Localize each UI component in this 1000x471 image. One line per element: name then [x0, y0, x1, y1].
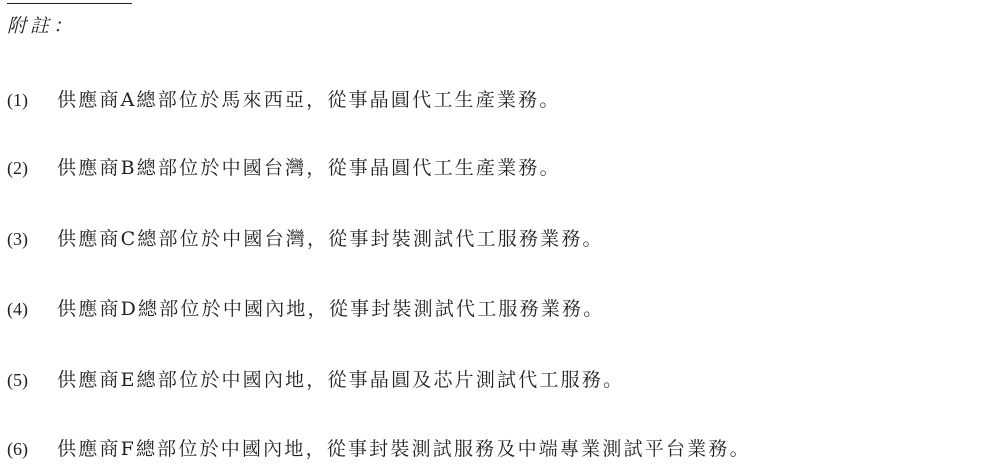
footnotes-heading: 附註： [7, 14, 76, 38]
footnote-text: 供應商D總部位於中國內地，從事封裝測試代工服務業務。 [57, 296, 604, 322]
footnote-number: (1) [7, 87, 57, 113]
footnote-item: (3)供應商C總部位於中國台灣，從事封裝測試代工服務業務。 [7, 226, 604, 252]
footnote-number: (3) [7, 226, 57, 252]
footnote-item: (1)供應商A總部位於馬來西亞，從事晶圓代工生產業務。 [7, 87, 561, 113]
footnote-number: (6) [7, 436, 57, 462]
footnote-item: (4)供應商D總部位於中國內地，從事封裝測試代工服務業務。 [7, 296, 604, 322]
footnote-separator-rule [7, 3, 132, 4]
footnote-number: (5) [7, 367, 57, 393]
footnote-text: 供應商C總部位於中國台灣，從事封裝測試代工服務業務。 [57, 226, 604, 252]
footnote-item: (5)供應商E總部位於中國內地，從事晶圓及芯片測試代工服務。 [7, 367, 624, 393]
footnote-number: (2) [7, 155, 57, 181]
footnote-text: 供應商F總部位於中國內地，從事封裝測試服務及中端專業測試平台業務。 [57, 436, 751, 462]
footnote-number: (4) [7, 296, 57, 322]
footnote-text: 供應商B總部位於中國台灣，從事晶圓代工生產業務。 [57, 155, 561, 181]
footnote-item: (2)供應商B總部位於中國台灣，從事晶圓代工生產業務。 [7, 155, 561, 181]
footnote-text: 供應商E總部位於中國內地，從事晶圓及芯片測試代工服務。 [57, 367, 624, 393]
footnote-item: (6)供應商F總部位於中國內地，從事封裝測試服務及中端專業測試平台業務。 [7, 436, 751, 462]
footnote-text: 供應商A總部位於馬來西亞，從事晶圓代工生產業務。 [57, 87, 561, 113]
